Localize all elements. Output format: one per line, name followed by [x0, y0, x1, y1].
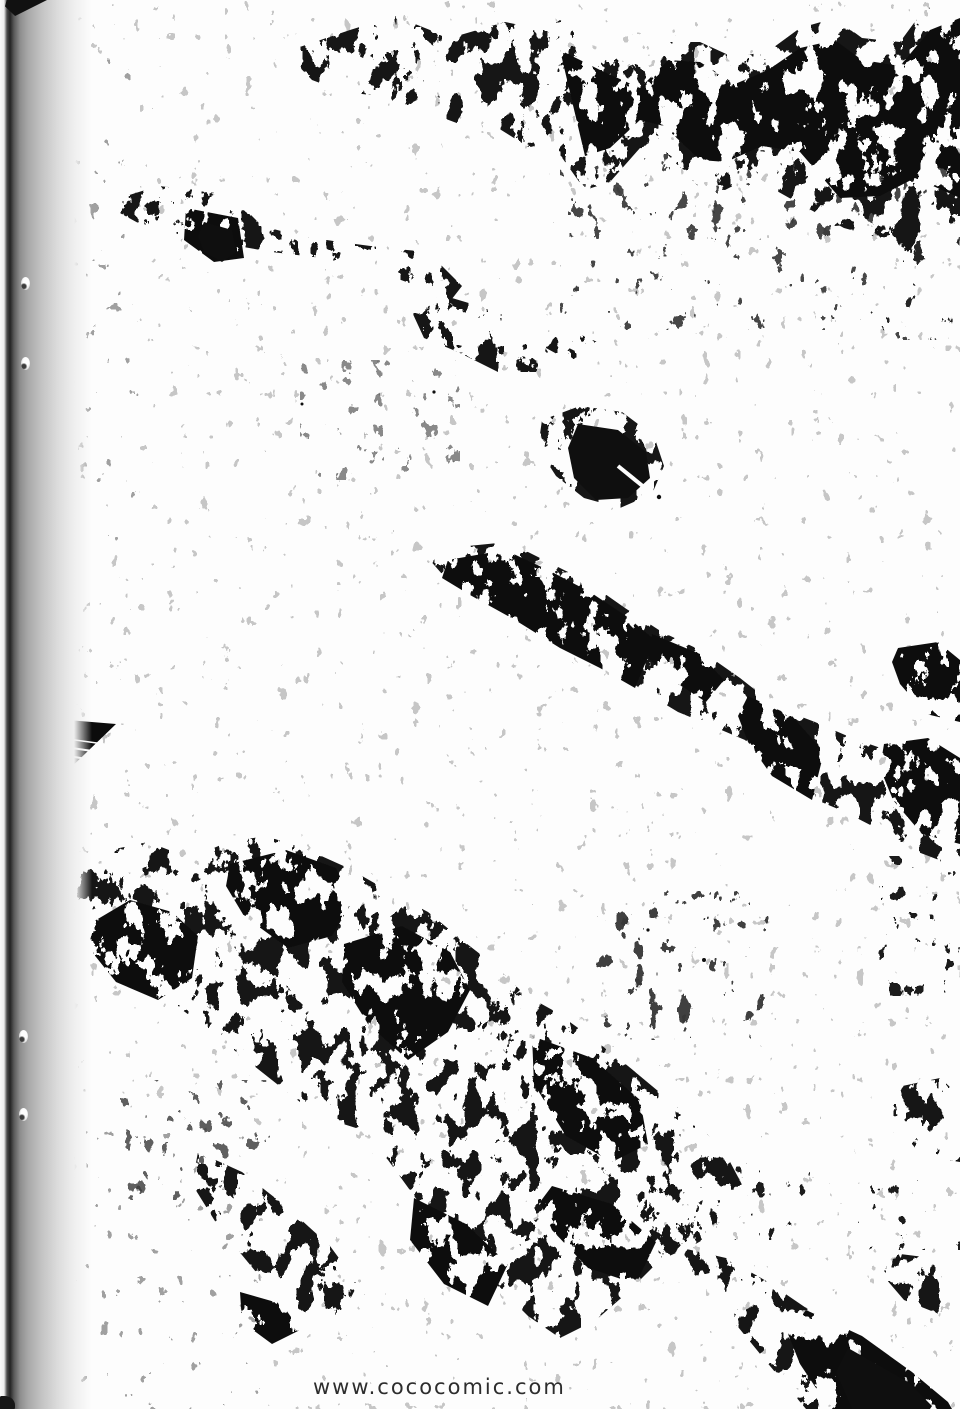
- mountain-artwork: [0, 0, 960, 1409]
- watermark: www.cococomic.com: [313, 1375, 566, 1399]
- comic-page: www.cococomic.com: [0, 0, 960, 1409]
